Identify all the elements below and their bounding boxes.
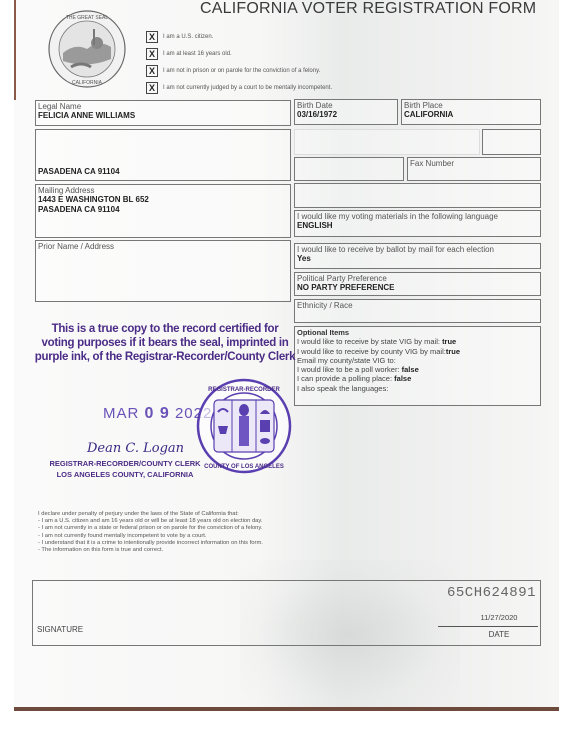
phone-number-field[interactable] <box>294 157 404 181</box>
signature-date-value: 11/27/2020 <box>461 613 537 622</box>
attestation-citizen[interactable]: X I am a U.S. citizen. <box>146 30 213 43</box>
field-value: 03/16/1972 <box>297 110 395 120</box>
redacted-field <box>294 183 541 208</box>
optional-item-label: I would like to receive by state VIG by … <box>297 337 442 346</box>
clerk-title: REGISTRAR-RECORDER/COUNTY CLERK <box>45 459 205 468</box>
optional-item: I also speak the languages: <box>297 384 538 393</box>
optional-item-label: I would like to be a poll worker: <box>297 365 402 374</box>
party-preference-field[interactable]: Political Party Preference NO PARTY PREF… <box>294 272 541 296</box>
optional-item-value: true <box>446 347 460 356</box>
clerk-signature: Dean C. Logan <box>87 441 184 456</box>
checkbox-checked[interactable]: X <box>146 82 158 94</box>
mailing-address-field[interactable]: Mailing Address 1443 E WASHINGTON BL 652… <box>35 184 291 238</box>
checkbox-checked[interactable]: X <box>146 31 158 43</box>
svg-text:COUNTY OF LOS ANGELES: COUNTY OF LOS ANGELES <box>204 464 284 470</box>
field-label: I would like my voting materials in the … <box>297 212 538 221</box>
date-label: DATE <box>461 630 537 639</box>
home-address-field[interactable]: PASADENA CA 91104 <box>35 129 291 181</box>
signature-block: SIGNATURE 65CH624891 11/27/2020 DATE <box>32 580 541 646</box>
field-label: Birth Place <box>404 101 538 110</box>
optional-item-label: I can provide a polling place: <box>297 374 394 383</box>
svg-text:CALIFORNIA: CALIFORNIA <box>72 80 103 86</box>
attestation-label: I am not currently judged by a court to … <box>163 85 332 91</box>
optional-item-value: false <box>402 365 419 374</box>
registration-id: 65CH624891 <box>447 585 536 601</box>
paper-edge <box>14 0 16 100</box>
declaration-item: - I am a U.S. citizen and am 16 years ol… <box>38 518 263 525</box>
field-value: ENGLISH <box>297 221 538 231</box>
declaration-item: - The information on this form is true a… <box>38 547 263 554</box>
stamp-month: MAR <box>103 405 139 422</box>
field-label: Birth Date <box>297 101 395 110</box>
declaration-item: - I am not currently found mentally inco… <box>38 533 263 540</box>
attestation-label: I am a U.S. citizen. <box>163 34 213 40</box>
optional-item-label: I would like to receive by county VIG by… <box>297 347 446 356</box>
perjury-declaration: I declare under penalty of perjury under… <box>38 511 263 554</box>
fax-number-field[interactable]: Fax Number <box>407 157 541 181</box>
redacted-field <box>482 129 541 155</box>
field-value: CALIFORNIA <box>404 110 538 120</box>
optional-item: I would like to receive by state VIG by … <box>297 337 538 346</box>
legal-name-field[interactable]: Legal Name FELICIA ANNE WILLIAMS <box>35 100 291 126</box>
declaration-item: - I understand that it is a crime to int… <box>38 540 263 547</box>
field-label: Political Party Preference <box>297 274 538 283</box>
field-label: Legal Name <box>38 102 288 111</box>
optional-item-label: Email my county/state VIG to: <box>297 356 396 365</box>
prior-name-address-field[interactable]: Prior Name / Address <box>35 240 291 302</box>
language-field[interactable]: I would like my voting materials in the … <box>294 210 541 237</box>
date-underline <box>438 626 538 627</box>
stamp-day: 0 9 <box>145 405 170 422</box>
ethnicity-field[interactable]: Ethnicity / Race <box>294 299 541 323</box>
attestation-label: I am not in prison or on parole for the … <box>163 68 320 74</box>
paper-bottom-edge <box>14 707 559 711</box>
svg-text:REGISTRAR-RECORDER: REGISTRAR-RECORDER <box>208 387 280 393</box>
field-label: Ethnicity / Race <box>297 301 538 310</box>
svg-text:THE GREAT SEAL: THE GREAT SEAL <box>66 15 109 21</box>
optional-item: I would like to be a poll worker: false <box>297 365 538 374</box>
redacted-field <box>294 129 480 155</box>
signature-label: SIGNATURE <box>37 625 83 634</box>
field-label: Prior Name / Address <box>38 242 288 251</box>
declaration-item: - I am not currently in a state or feder… <box>38 525 263 532</box>
field-label: Mailing Address <box>38 186 288 195</box>
clerk-county: LOS ANGELES COUNTY, CALIFORNIA <box>45 470 205 479</box>
optional-items-box: Optional Items I would like to receive b… <box>294 326 541 406</box>
declaration-intro: I declare under penalty of perjury under… <box>38 511 263 518</box>
certification-text: This is a true copy to the record certif… <box>34 322 296 364</box>
birth-place-field[interactable]: Birth Place CALIFORNIA <box>401 99 541 125</box>
optional-items-heading: Optional Items <box>297 328 538 337</box>
address-line-1: 1443 E WASHINGTON BL 652 <box>38 195 288 205</box>
field-label: I would like to receive by ballot by mai… <box>297 245 538 254</box>
attestation-age[interactable]: X I am at least 16 years old. <box>146 47 232 60</box>
los-angeles-county-seal-icon: REGISTRAR-RECORDER COUNTY OF LOS ANGELES <box>196 378 292 474</box>
california-state-seal-icon: THE GREAT SEAL CALIFORNIA <box>47 9 127 89</box>
field-value: Yes <box>297 254 538 264</box>
field-value: PASADENA CA 91104 <box>38 167 120 177</box>
birth-date-field[interactable]: Birth Date 03/16/1972 <box>294 99 398 125</box>
attestation-competency[interactable]: X I am not currently judged by a court t… <box>146 81 332 94</box>
address-line-2: PASADENA CA 91104 <box>38 205 288 215</box>
attestation-felony[interactable]: X I am not in prison or on parole for th… <box>146 64 320 77</box>
field-label: Fax Number <box>410 159 538 168</box>
checkbox-checked[interactable]: X <box>146 65 158 77</box>
attestation-label: I am at least 16 years old. <box>163 51 232 57</box>
optional-item-label: I also speak the languages: <box>297 384 388 393</box>
field-value: NO PARTY PREFERENCE <box>297 283 538 293</box>
vote-by-mail-field[interactable]: I would like to receive by ballot by mai… <box>294 243 541 269</box>
checkbox-checked[interactable]: X <box>146 48 158 60</box>
optional-item-value: false <box>394 374 411 383</box>
optional-item: I can provide a polling place: false <box>297 374 538 383</box>
optional-item: Email my county/state VIG to: <box>297 356 538 365</box>
field-value: FELICIA ANNE WILLIAMS <box>38 111 288 121</box>
optional-item: I would like to receive by county VIG by… <box>297 347 538 356</box>
form-title: CALIFORNIA VOTER REGISTRATION FORM <box>200 0 536 18</box>
optional-item-value: true <box>442 337 456 346</box>
